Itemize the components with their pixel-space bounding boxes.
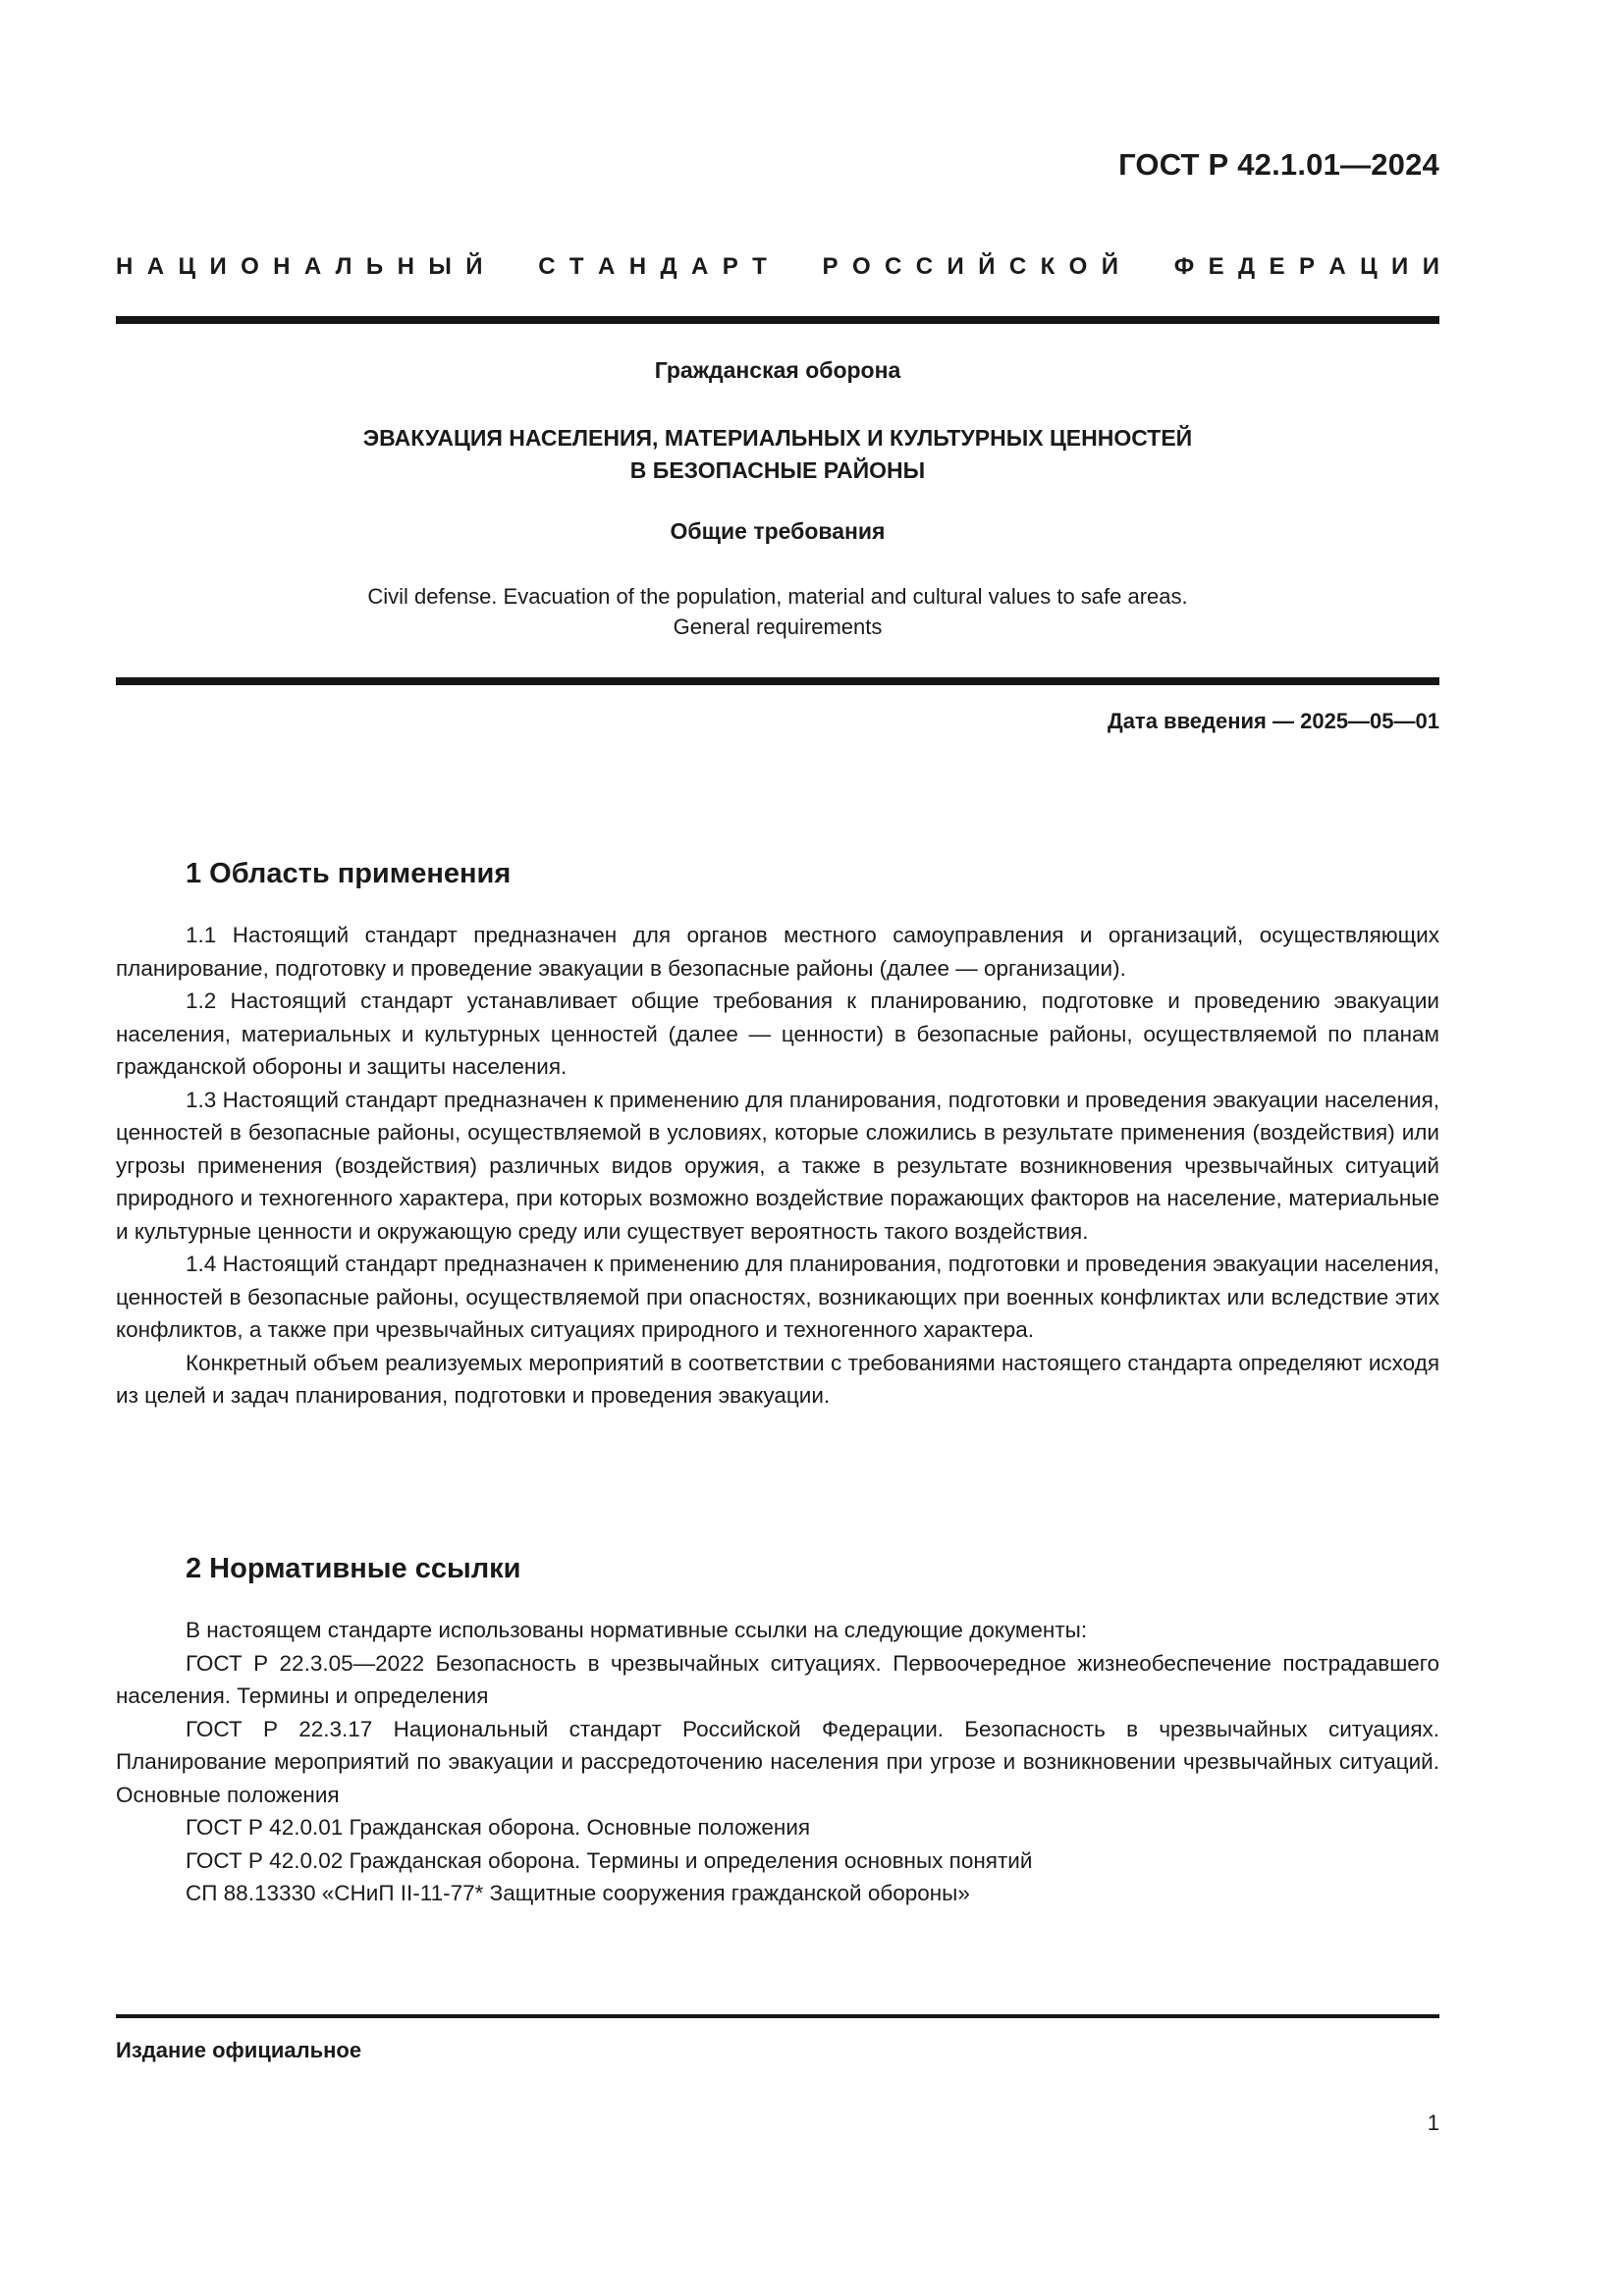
section-1-body: 1.1 Настоящий стандарт предназначен для … <box>116 919 1439 1413</box>
national-word: Ф Е Д Е Р А Ц И И <box>1174 253 1439 281</box>
top-divider <box>116 316 1439 324</box>
english-title-line: Civil defense. Evacuation of the populat… <box>116 581 1439 612</box>
document-subtitle: Общие требования <box>116 518 1439 545</box>
document-title: ЭВАКУАЦИЯ НАСЕЛЕНИЯ, МАТЕРИАЛЬНЫХ И КУЛЬ… <box>116 422 1439 487</box>
title-line: В БЕЗОПАСНЫЕ РАЙОНЫ <box>116 454 1439 487</box>
footer-divider <box>116 2014 1439 2018</box>
reference-item: СП 88.13330 «СНиП II-11-77* Защитные соо… <box>116 1877 1439 1910</box>
paragraph: 1.4 Настоящий стандарт предназначен к пр… <box>116 1248 1439 1347</box>
national-word: Р О С С И Й С К О Й <box>823 253 1118 281</box>
paragraph: 1.3 Настоящий стандарт предназначен к пр… <box>116 1084 1439 1249</box>
introduction-date: Дата введения — 2025—05—01 <box>1108 709 1439 734</box>
paragraph: Конкретный объем реализуемых мероприятий… <box>116 1347 1439 1413</box>
section-1-heading: 1 Область применения <box>186 858 511 890</box>
reference-item: ГОСТ Р 42.0.02 Гражданская оборона. Терм… <box>116 1844 1439 1878</box>
reference-item: ГОСТ Р 22.3.05—2022 Безопасность в чрезв… <box>116 1647 1439 1713</box>
english-title: Civil defense. Evacuation of the populat… <box>116 581 1439 642</box>
subject-heading: Гражданская оборона <box>116 357 1439 384</box>
page-number: 1 <box>1428 2110 1439 2136</box>
title-divider <box>116 677 1439 685</box>
title-line: ЭВАКУАЦИЯ НАСЕЛЕНИЯ, МАТЕРИАЛЬНЫХ И КУЛЬ… <box>116 422 1439 454</box>
official-edition-label: Издание официальное <box>116 2038 361 2063</box>
section-2-heading: 2 Нормативные ссылки <box>186 1553 521 1585</box>
national-word: Н А Ц И О Н А Л Ь Н Ы Й <box>116 253 483 281</box>
reference-item: ГОСТ Р 42.0.01 Гражданская оборона. Осно… <box>116 1811 1439 1844</box>
paragraph: 1.1 Настоящий стандарт предназначен для … <box>116 919 1439 985</box>
paragraph: В настоящем стандарте использованы норма… <box>116 1614 1439 1647</box>
standard-designation: ГОСТ Р 42.1.01—2024 <box>1118 147 1439 183</box>
english-title-line: General requirements <box>116 612 1439 642</box>
paragraph: 1.2 Настоящий стандарт устанавливает общ… <box>116 985 1439 1084</box>
reference-item: ГОСТ Р 22.3.17 Национальный стандарт Рос… <box>116 1713 1439 1812</box>
national-word: С Т А Н Д А Р Т <box>538 253 767 281</box>
section-2-body: В настоящем стандарте использованы норма… <box>116 1614 1439 1910</box>
national-standard-heading: Н А Ц И О Н А Л Ь Н Ы Й С Т А Н Д А Р Т … <box>116 253 1439 281</box>
